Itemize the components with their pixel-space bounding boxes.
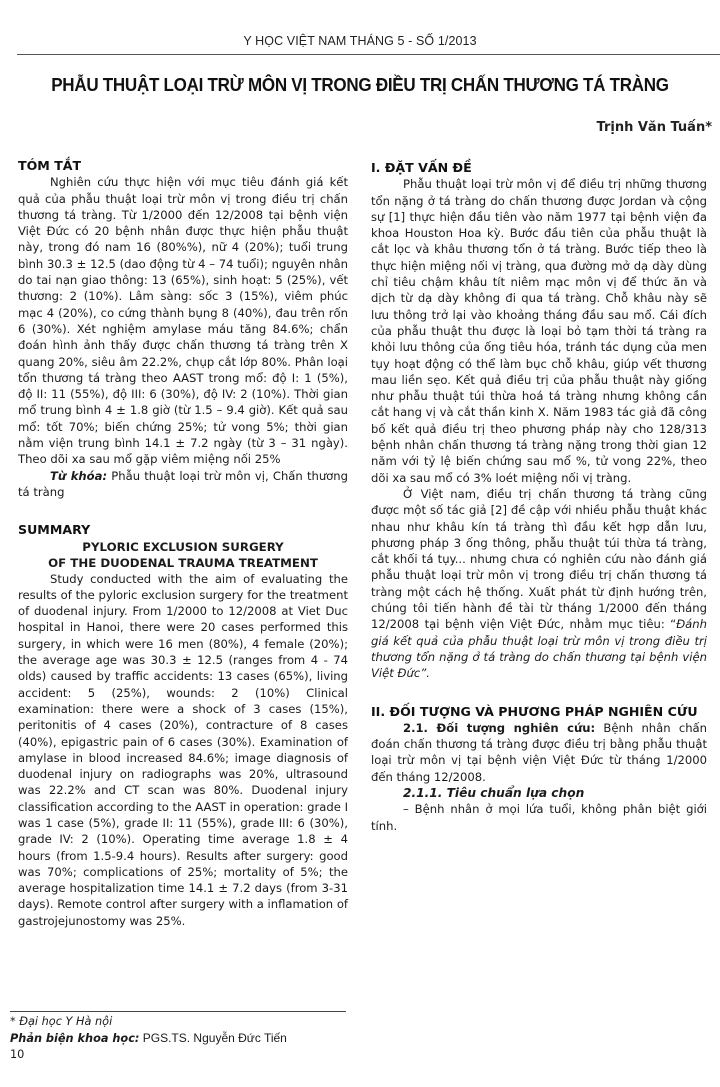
abstract-vi-body: Nghiên cứu thực hiện với mục tiêu đánh g… [18,174,348,467]
section1-para2: Ở Việt nam, điều trị chấn thương tá tràn… [371,486,707,682]
reviewer-label: Phản biện khoa học: [10,1032,139,1045]
section1-para2-text: Ở Việt nam, điều trị chấn thương tá tràn… [371,487,707,631]
keywords-label: Từ khóa: [50,469,107,483]
header-rule [17,54,720,55]
abstract-en-body: Study conducted with the aim of evaluati… [18,571,348,930]
spacer [371,682,707,704]
footnote: * Đại học Y Hà nội Phản biện khoa học: P… [10,1014,287,1063]
abstract-en-heading: SUMMARY [18,522,348,538]
reviewer-name: PGS.TS. Nguyễn Đức Tiến [139,1031,286,1045]
section1-para1: Phẫu thuật loại trừ môn vị để điều trị n… [371,176,707,486]
author-name: Trịnh Văn Tuấn* [597,120,712,135]
author-affiliation: * Đại học Y Hà nội [10,1014,287,1030]
section2-1-para: 2.1. Đối tượng nghiên cứu: Bệnh nhân chấ… [371,720,707,785]
keywords-vi: Từ khóa: Phẫu thuật loại trừ môn vị, Chấ… [18,468,348,501]
reviewer-line: Phản biện khoa học: PGS.TS. Nguyễn Đức T… [10,1030,287,1047]
section2-1-1-heading: 2.1.1. Tiêu chuẩn lựa chọn [371,785,707,801]
page-number: 10 [10,1047,287,1063]
section2-1-label: 2.1. Đối tượng nghiên cứu: [403,721,595,735]
article-title: PHẪU THUẬT LOẠI TRỪ MÔN VỊ TRONG ĐIỀU TR… [29,74,691,96]
footnote-rule [10,1011,346,1012]
abstract-vi-heading: TÓM TẮT [18,158,348,174]
left-column: TÓM TẮT Nghiên cứu thực hiện với mục tiê… [18,158,348,929]
right-column: I. ĐẶT VẤN ĐỀ Phẫu thuật loại trừ môn vị… [371,160,707,834]
spacer [18,500,348,522]
section2-1-1-item: – Bệnh nhân ở mọi lứa tuổi, không phân b… [371,801,707,834]
section1-heading: I. ĐẶT VẤN ĐỀ [371,160,707,176]
abstract-en-title-line1: PYLORIC EXCLUSION SURGERY [18,539,348,555]
section2-heading: II. ĐỐI TƯỢNG VÀ PHƯƠNG PHÁP NGHIÊN CỨU [371,704,707,720]
abstract-en-title-line2: OF THE DUODENAL TRAUMA TREATMENT [18,555,348,571]
running-head: Y HỌC VIỆT NAM THÁNG 5 - SỐ 1/2013 [0,34,720,48]
